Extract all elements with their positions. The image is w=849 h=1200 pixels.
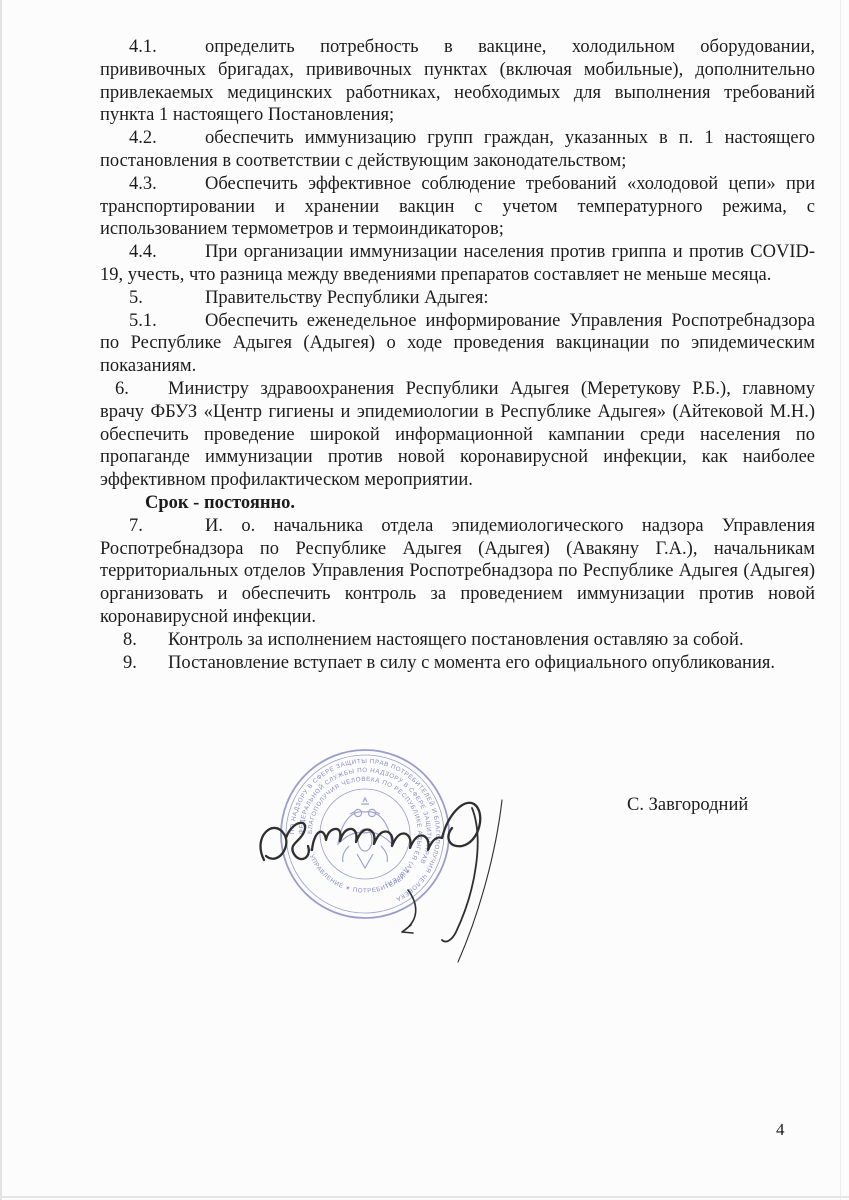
paragraph: 7.И. о. начальника отдела эпидемиологиче… bbox=[100, 515, 815, 629]
signer-name: С. Завгородний bbox=[627, 795, 748, 816]
paragraph-text: Контроль за исполнением настоящего поста… bbox=[168, 630, 744, 650]
signature-tail-stroke bbox=[442, 808, 478, 942]
paragraph-text: Срок - постоянно. bbox=[145, 493, 295, 513]
handwritten-signature bbox=[261, 800, 502, 962]
paragraph: 4.2.обеспечить иммунизацию групп граждан… bbox=[100, 127, 815, 173]
page-number: 4 bbox=[776, 1120, 785, 1140]
paragraph-text: Обеспечить эффективное соблюдение требов… bbox=[100, 174, 815, 240]
paragraph-number: 5. bbox=[129, 287, 205, 310]
paragraph-text: При организации иммунизации населения пр… bbox=[100, 242, 815, 285]
paragraph-number: 6. bbox=[115, 378, 168, 401]
paragraph-text: Обеспечить еженедельное информирование У… bbox=[100, 311, 815, 377]
scanned-document-page: 4.1.определить потребность в вакцине, хо… bbox=[0, 0, 849, 1200]
paragraph-number: 4.4. bbox=[129, 241, 205, 264]
paragraph: 5.1.Обеспечить еженедельное информирован… bbox=[100, 310, 815, 378]
paragraph: 6.Министру здравоохранения Республики Ад… bbox=[100, 378, 815, 492]
paragraph-text: Постановление вступает в силу с момента … bbox=[168, 653, 775, 673]
paragraph: Срок - постоянно. bbox=[100, 492, 815, 515]
paragraph: 4.4.При организации иммунизации населени… bbox=[100, 241, 815, 287]
paragraph: 8.Контроль за исполнением настоящего пос… bbox=[100, 629, 815, 652]
paragraph-number: 7. bbox=[129, 515, 205, 538]
paragraph: 5.Правительству Республики Адыгея: bbox=[100, 287, 815, 310]
official-stamp: ПО НАДЗОРУ В СФЕРЕ ЗАЩИТЫ ПРАВ ПОТРЕБИТЕ… bbox=[250, 742, 580, 982]
paragraph-number: 4.3. bbox=[129, 173, 205, 196]
document-body: 4.1.определить потребность в вакцине, хо… bbox=[100, 36, 815, 674]
paragraph-number: 4.2. bbox=[129, 127, 205, 150]
stamp-and-signature-block: ПО НАДЗОРУ В СФЕРЕ ЗАЩИТЫ ПРАВ ПОТРЕБИТЕ… bbox=[250, 742, 580, 982]
paragraph-number: 4.1. bbox=[129, 36, 205, 59]
paragraph-text: Министру здравоохранения Республики Адыг… bbox=[100, 379, 815, 490]
paragraph-text: Правительству Республики Адыгея: bbox=[205, 288, 489, 308]
paragraph-number: 8. bbox=[123, 629, 168, 652]
scan-edge-bottom bbox=[0, 1196, 849, 1198]
paragraph: 4.1.определить потребность в вакцине, хо… bbox=[100, 36, 815, 127]
paragraph-text: И. о. начальника отдела эпидемиологическ… bbox=[100, 516, 815, 627]
paragraph: 9.Постановление вступает в силу с момент… bbox=[100, 652, 815, 675]
paragraph-text: обеспечить иммунизацию групп граждан, ук… bbox=[100, 128, 815, 171]
scan-edge-left bbox=[0, 0, 2, 1200]
scan-edge-right bbox=[840, 0, 841, 1200]
paragraph-number: 5.1. bbox=[129, 310, 205, 333]
stamp-inner-ring bbox=[320, 789, 410, 879]
paragraph: 4.3.Обеспечить эффективное соблюдение тр… bbox=[100, 173, 815, 241]
paragraph-text: определить потребность в вакцине, холоди… bbox=[100, 37, 815, 125]
double-headed-eagle-icon bbox=[338, 798, 392, 868]
stamp-bottom-text: ✶ УПРАВЛЕНИЕ ✶ ПОТРЕБИТЕЛЕЙ ✶ bbox=[305, 846, 413, 894]
paragraph-number: 9. bbox=[123, 652, 168, 675]
